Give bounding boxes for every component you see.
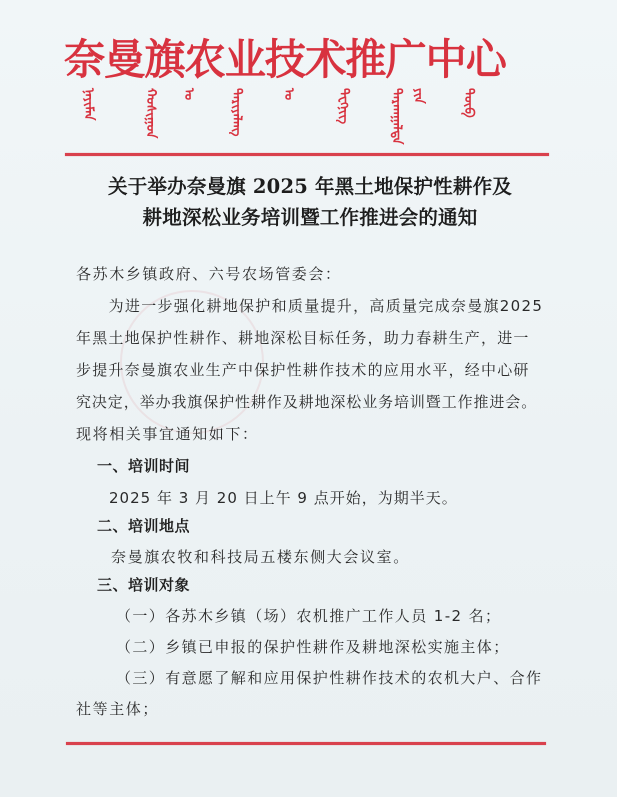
section-heading-audience: 三、培训对象 [97,574,190,595]
letterhead-org-name: 奈曼旗农业技术推广中心 [64,32,544,88]
salutation: 各苏木乡镇政府、六号农场管委会： [76,263,342,284]
document-title-line-1: 关于举办奈曼旗 2025 年黑土地保护性耕作及 [60,171,560,199]
audience-item: （二）乡镇已申报的保护性耕作及耕地深松实施主体； [116,636,510,657]
mongolian-word: ᠲᠠᠷᠢᠶᠠᠯᠠᠩ [230,88,242,137]
audience-item: （三）有意愿了解和应用保护性耕作技术的农机大户、合作 [116,667,542,688]
mongolian-word: ᠶᠢᠨ [412,88,424,104]
intro-line: 究决定，举办我旗保护性耕作及耕地深松业务培训暨工作推进会。 [76,391,537,412]
letterhead-divider [65,153,549,156]
intro-line: 步提升奈曼旗农业生产中保护性耕作技术的应用水平，经中心研 [76,359,530,380]
footer-divider [66,742,546,745]
letterhead-mongolian-name: ᠨᠠᠶᠢᠮᠠᠨ ᠬᠣᠰᠢᠭᠤᠨ ᠤ ᠲᠠᠷᠢᠶᠠᠯᠠᠩ ᠤ ᠲᠧᠬᠨᠢᠭ ᠲᠠᠷ… [82,88,532,148]
section-time-text: 2025 年 3 月 20 日上午 9 点开始，为期半天。 [109,487,458,508]
document-title-line-2: 耕地深松业务培训暨工作推进会的通知 [60,202,560,230]
section-location-text: 奈曼旗农牧和科技局五楼东侧大会议室。 [111,546,410,567]
intro-line: 年黑土地保护性耕作、耕地深松目标任务，助力春耕生产，进一 [76,327,530,348]
audience-item: （一）各苏木乡镇（场）农机推广工作人员 1-2 名； [116,605,501,626]
mongolian-word: ᠲᠠᠷᠬᠠᠭᠠᠯᠲᠠ [390,88,402,144]
document-page: 奈曼旗农业技术推广中心 ᠨᠠᠶᠢᠮᠠᠨ ᠬᠣᠰᠢᠭᠤᠨ ᠤ ᠲᠠᠷᠢᠶᠠᠯᠠᠩ … [0,0,617,797]
intro-line: 现将相关事宜通知如下： [76,423,259,444]
mongolian-word: ᠤ [282,88,294,100]
intro-line: 为进一步强化耕地保护和质量提升，高质量完成奈曼旗2025 [76,295,543,316]
mongolian-word: ᠲᠧᠬᠨᠢᠭ [337,88,349,124]
mongolian-word: ᠤ [182,88,194,100]
mongolian-word: ᠬᠣᠰᠢᠭᠤᠨ [144,88,156,138]
section-heading-location: 二、培训地点 [97,515,190,536]
section-heading-time: 一、培训时间 [97,455,190,476]
audience-item-continued: 社等主体； [76,698,159,719]
mongolian-word: ᠲᠥᠪ [462,88,474,118]
mongolian-word: ᠨᠠᠶᠢᠮᠠᠨ [82,88,94,120]
